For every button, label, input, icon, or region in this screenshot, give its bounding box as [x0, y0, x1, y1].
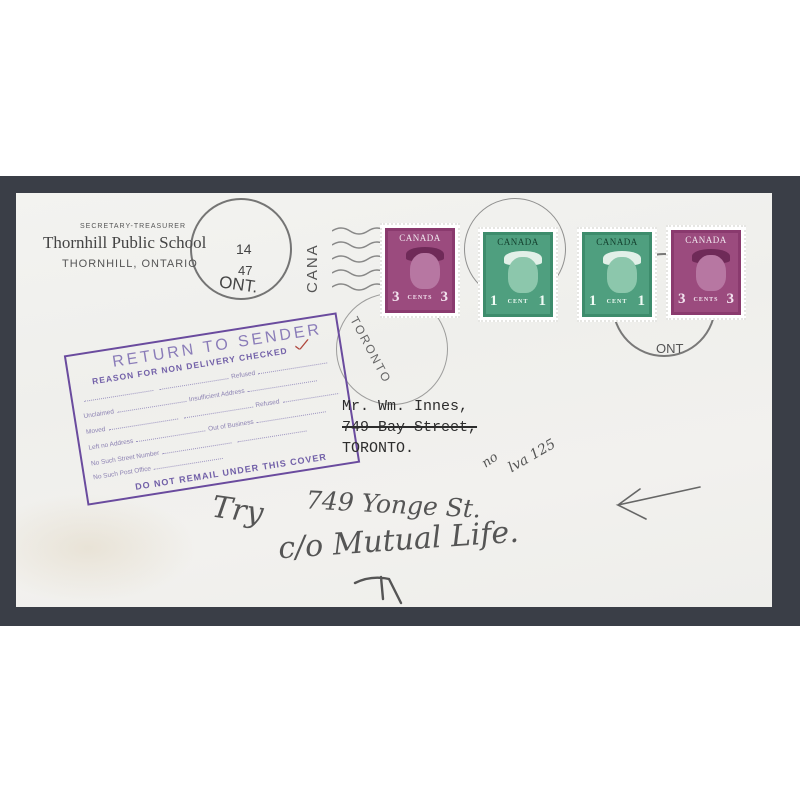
age-stain [16, 493, 196, 603]
stamp-3-cents: CANADA 3 CENTS 3 [666, 225, 746, 320]
return-address-name: Thornhill Public School [43, 233, 206, 253]
portrait-king [410, 253, 440, 289]
stamp-country: CANADA [388, 233, 452, 243]
postmark-date: 14 [236, 241, 252, 257]
portrait-king [696, 255, 726, 291]
stamp-value: 3 [440, 289, 448, 306]
checkmark-icon [294, 339, 309, 350]
stamp-unit: CENT [508, 299, 529, 305]
machine-cancel-text: CANA [304, 243, 321, 293]
stamp-country: CANADA [674, 235, 738, 245]
handwritten-note: no [479, 450, 501, 472]
handwritten-care-of: c/o Mutual Life. [277, 515, 520, 567]
portrait-king [508, 257, 538, 293]
right-postmark-province: ONT [656, 341, 683, 356]
stamp-1-cent: CANADA 1 CENT 1 [577, 227, 657, 322]
stamp-value: 3 [726, 291, 734, 308]
stamp-country: CANADA [486, 237, 550, 247]
stamp-value: 1 [637, 293, 645, 310]
stamp-1-cent: CANADA 1 CENT 1 [478, 227, 558, 322]
handwritten-new-address: 749 Yonge St. [305, 485, 481, 523]
return-address-town: THORNHILL, ONTARIO [62, 258, 198, 270]
pencil-mark-icon [351, 573, 411, 607]
handwritten-try: Try [210, 490, 266, 532]
recipient-city: TORONTO. [342, 438, 477, 459]
handwritten-note: lva 125 [505, 436, 558, 476]
stamp-country: CANADA [585, 237, 649, 247]
envelope: SECRETARY-TREASURER Thornhill Public Sch… [16, 193, 772, 607]
recipient-address: Mr. Wm. Innes, 749 Bay Street, TORONTO. [342, 396, 477, 459]
recipient-name: Mr. Wm. Innes, [342, 396, 477, 417]
recipient-street-struck: 749 Bay Street, [342, 417, 477, 438]
stamp-value: 1 [589, 293, 597, 310]
stamp-value: 3 [392, 289, 400, 306]
stamp-unit: CENTS [693, 297, 718, 303]
return-to-sender-handstamp: RETURN TO SENDER REASON FOR NON DELIVERY… [64, 312, 360, 505]
portrait-king [607, 257, 637, 293]
stamp-value: 1 [490, 293, 498, 310]
stamp-unit: CENT [607, 299, 628, 305]
stamp-unit: CENTS [407, 295, 432, 301]
return-address-title: SECRETARY-TREASURER [80, 223, 186, 230]
stamp-value: 1 [538, 293, 546, 310]
stamp-value: 3 [678, 291, 686, 308]
stamp-3-cents: CANADA 3 CENTS 3 [380, 223, 460, 318]
pencil-arrow-icon [612, 483, 702, 523]
